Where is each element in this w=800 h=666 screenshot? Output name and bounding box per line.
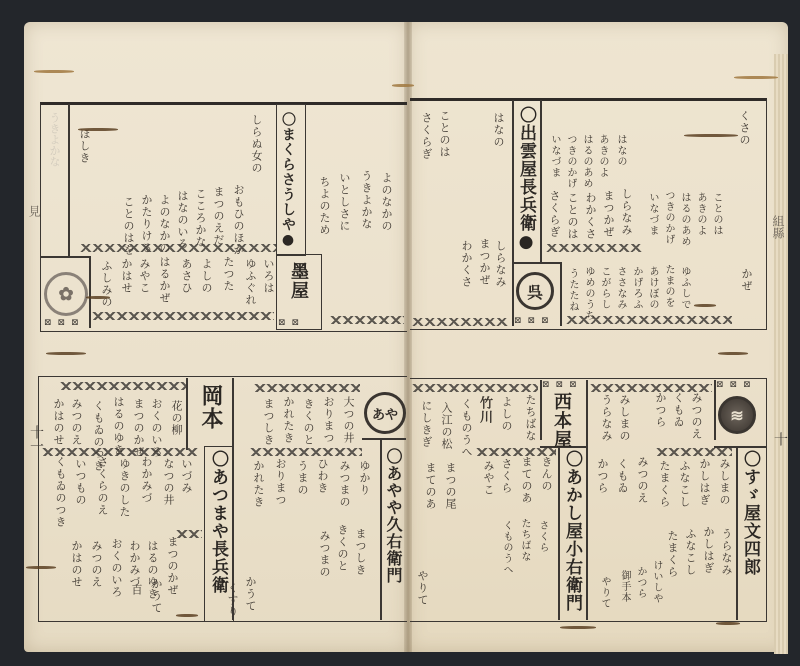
decorative-x-marks: ⊠⊠⊠ <box>542 380 583 390</box>
text-column: うらなみ <box>720 528 733 576</box>
zigzag-divider <box>254 384 360 392</box>
text-column: みしまの <box>618 394 631 442</box>
text-column: ふしみの <box>100 260 113 308</box>
text-column: 入江の松 <box>440 402 453 450</box>
text-column: くさの <box>738 110 751 146</box>
text-column: かれたき <box>252 460 265 508</box>
page-edge <box>774 54 788 654</box>
text-column: くもゐ <box>672 392 685 428</box>
crest-icon: あや <box>364 392 406 434</box>
zigzag-divider <box>412 318 508 326</box>
text-column: あさひ <box>180 258 193 294</box>
text-column: はなの <box>492 112 505 148</box>
text-column: きんの <box>540 456 553 492</box>
text-column: まつのえだ <box>212 186 225 246</box>
binding-stain <box>560 626 596 629</box>
text-column: くものうへ <box>460 398 473 458</box>
text-column: ことのは <box>566 192 579 240</box>
text-column: いなづま <box>646 192 659 236</box>
zigzag-divider <box>92 312 274 320</box>
text-column: にしきぎ <box>420 400 433 448</box>
divider <box>89 256 91 328</box>
text-column: たまくら <box>658 460 671 508</box>
text-column: まつしき <box>354 528 367 576</box>
text-column: かしはぎ <box>702 526 715 574</box>
divider <box>560 262 562 326</box>
text-column: 大つの井 <box>342 396 355 444</box>
text-column: はるのあめ <box>678 192 691 247</box>
zigzag-divider <box>590 384 712 392</box>
signature-text: くすり <box>226 582 239 618</box>
text-column: うたたね <box>566 268 579 312</box>
text-column: しらなみ <box>620 188 633 236</box>
text-column: くもゐ <box>616 458 629 494</box>
text-column: うらなみ <box>600 394 613 442</box>
text-column: いつもの <box>74 458 87 506</box>
text-column: おくのいろ <box>110 538 123 598</box>
divider <box>558 446 560 620</box>
text-column: いづみ <box>180 458 193 494</box>
right-edge-heading: 〇すゞ屋文四郎 <box>740 450 759 576</box>
text-column: しらなみ <box>494 240 507 288</box>
text-column: ふなこし <box>684 528 697 576</box>
binding-stain <box>716 622 740 625</box>
text-column: あけぼの <box>646 266 659 310</box>
text-column: ひわき <box>316 458 329 494</box>
text-column: わかくさ <box>460 240 473 288</box>
text-column: まつのかぜ <box>166 536 179 596</box>
zigzag-divider <box>60 382 186 390</box>
zigzag-divider <box>656 448 732 456</box>
text-column: なつの井 <box>162 458 175 506</box>
binding-stain <box>734 76 778 79</box>
text-column: おくのいろ <box>150 398 163 458</box>
text-column: よのなかの <box>380 172 393 232</box>
text-column: うまの <box>296 460 309 496</box>
text-column: よしの <box>500 396 513 432</box>
named-text-takekawa: 竹川 <box>478 396 491 424</box>
text-column: ふなこし <box>678 460 691 508</box>
text-column: はるかぜ <box>158 256 171 304</box>
text-column: まつかぜ <box>478 238 491 286</box>
text-column: こがらし <box>598 266 611 310</box>
text-column: ゆふぐれ <box>244 258 257 306</box>
zigzag-divider <box>330 316 404 324</box>
text-column: あきのよ <box>694 192 707 236</box>
text-column: はなの <box>614 134 627 167</box>
zigzag-divider <box>80 244 276 252</box>
shop-heading-nishimotoya: 西本屋 <box>548 392 574 449</box>
text-column: つきのかげ <box>662 190 675 245</box>
right-margin-label: 組縣 <box>770 215 787 239</box>
decorative-x-marks: ⊠⊠⊠ <box>514 316 555 326</box>
text-column: ほしき <box>78 128 91 164</box>
binding-stain <box>78 128 118 131</box>
text-column: まつの尾 <box>444 462 457 510</box>
shop-heading-okamoto: 岡本 <box>196 384 227 430</box>
text-column: しらぬ女の <box>250 114 263 174</box>
text-column: みつのえ <box>90 540 103 588</box>
text-column: ことのは <box>438 110 451 158</box>
text-column: かはのせ <box>70 540 83 588</box>
text-column: おりまつ <box>322 396 335 444</box>
text-column: きくのと <box>302 398 315 446</box>
binding-stain <box>46 352 86 355</box>
text-column: まつしき <box>262 398 275 446</box>
text-column: あきのよ <box>596 134 609 178</box>
text-column: ゆかり <box>358 460 371 496</box>
text-column: みつまの <box>338 460 351 508</box>
text-column: さくら <box>500 458 513 494</box>
binding-stain <box>684 134 738 137</box>
divider <box>736 446 738 620</box>
text-column: たつた <box>222 256 235 292</box>
note-text: 御手本 <box>618 570 631 603</box>
signature-text: かうて <box>244 576 257 612</box>
text-column: はるのゆき <box>112 396 125 456</box>
crest-icon: ✿ <box>44 272 88 316</box>
signature-text: かうて <box>150 578 163 614</box>
text-column: わかみづ <box>140 456 153 504</box>
decorative-x-marks: ⊠⊠⊠ <box>716 380 757 390</box>
left-lower-heading: 〇あつまや長兵衛 <box>208 450 228 594</box>
text-column: はなのいろ <box>176 190 189 250</box>
text-column: みつのえ <box>70 398 83 446</box>
crest-heading: 〇あやや久右衛門 <box>384 448 402 584</box>
text-column: かつら <box>596 458 609 494</box>
bleed-text: うきよかな <box>46 112 62 252</box>
text-column: まてのあ <box>424 462 437 510</box>
binding-stain <box>86 296 110 299</box>
text-column: まてのあ <box>520 456 533 504</box>
text-column: わかくさ <box>584 192 597 240</box>
divider <box>540 100 542 264</box>
text-column: かれたき <box>282 396 295 444</box>
text-column: くもゐのつき <box>54 456 67 528</box>
text-column: わかみづ <box>128 540 141 588</box>
text-column: いろは <box>262 258 275 294</box>
zigzag-divider <box>476 448 556 456</box>
text-column: ささなみ <box>614 266 627 310</box>
binding-stain <box>392 84 414 87</box>
text-column: ゆふしで <box>678 266 691 310</box>
binding-stain <box>26 566 56 569</box>
text-column: みしまの <box>718 458 731 506</box>
text-column: まつのかぜ <box>132 398 145 458</box>
text-column: いなづま <box>548 134 561 178</box>
binding-stain <box>694 304 716 307</box>
note-text: けいしや <box>650 560 663 604</box>
note-text: やりて <box>416 570 429 606</box>
divider <box>512 262 560 264</box>
left-upper-heading: 〇まくらさうしや● <box>280 112 296 249</box>
signature-text: 百 <box>130 584 143 596</box>
text-column: おりまつ <box>274 458 287 506</box>
text-column: くものうへ <box>500 520 513 575</box>
text-column: 花の柳 <box>170 400 183 436</box>
text-column: たまくら <box>666 530 679 578</box>
text-column: つきのかげ <box>564 134 577 189</box>
text-column: たちばな <box>524 394 537 442</box>
binding-stain <box>718 352 748 355</box>
divider <box>68 104 70 256</box>
text-column: みつまの <box>318 530 331 578</box>
divider <box>586 380 588 620</box>
text-column: きくのと <box>336 524 349 572</box>
right-page-number: 十 <box>770 432 790 446</box>
decorative-x-marks: ⊠⊠ <box>278 318 305 328</box>
text-column: ゆきのした <box>118 458 131 518</box>
text-column: かしはぎ <box>698 458 711 506</box>
text-column: ゆめのうち <box>582 266 595 321</box>
text-column: さくらのえ <box>96 456 109 516</box>
text-column: まつかぜ <box>602 190 615 238</box>
binding-stain <box>176 614 198 617</box>
zigzag-divider <box>412 384 538 392</box>
text-column: うきよかな <box>360 170 373 230</box>
pine-crest-icon: ≋ <box>718 396 756 434</box>
note-text: かつら <box>634 566 647 599</box>
text-column: ちよのため <box>318 176 331 236</box>
text-column: かぜ <box>740 268 753 292</box>
text-column: たまのを <box>662 264 675 308</box>
text-column: さくら <box>536 520 549 553</box>
zigzag-divider <box>546 244 642 252</box>
text-column: かはのせ <box>52 398 65 446</box>
right-upper-heading: 〇出雲屋長兵衛● <box>516 106 536 253</box>
decorative-x-marks: ⊠⊠⊠ <box>44 318 85 328</box>
text-column: みやこ <box>138 258 151 294</box>
text-column: ことのは <box>710 192 723 236</box>
divider <box>186 378 188 450</box>
divider <box>40 256 90 258</box>
shop-label: 墨屋 <box>288 262 308 300</box>
divider <box>512 100 514 326</box>
zigzag-divider <box>176 530 202 538</box>
text-column: たちばな <box>518 518 531 562</box>
text-column: はるのあめ <box>580 134 593 189</box>
note-text: やりて <box>598 576 611 609</box>
text-column: いとしさに <box>338 172 351 232</box>
text-column: かげろふ <box>630 266 643 310</box>
text-column: みつのえ <box>690 392 703 440</box>
crest-icon: 呉 <box>516 272 554 310</box>
binding-stain <box>34 70 74 73</box>
divider <box>362 438 406 440</box>
right-lower-heading: 〇あかし屋小右衛門 <box>562 450 581 612</box>
text-column: みつのえ <box>636 456 649 504</box>
text-column: よしの <box>200 258 213 294</box>
text-column: かはせ <box>120 258 133 294</box>
text-column: こころかな <box>194 188 207 248</box>
text-column: さくらぎ <box>420 112 433 160</box>
text-column: かつら <box>654 392 667 428</box>
text-column: さくらぎ <box>548 190 561 238</box>
divider <box>380 440 382 620</box>
zigzag-divider <box>250 448 362 456</box>
text-column: みやこ <box>482 460 495 496</box>
